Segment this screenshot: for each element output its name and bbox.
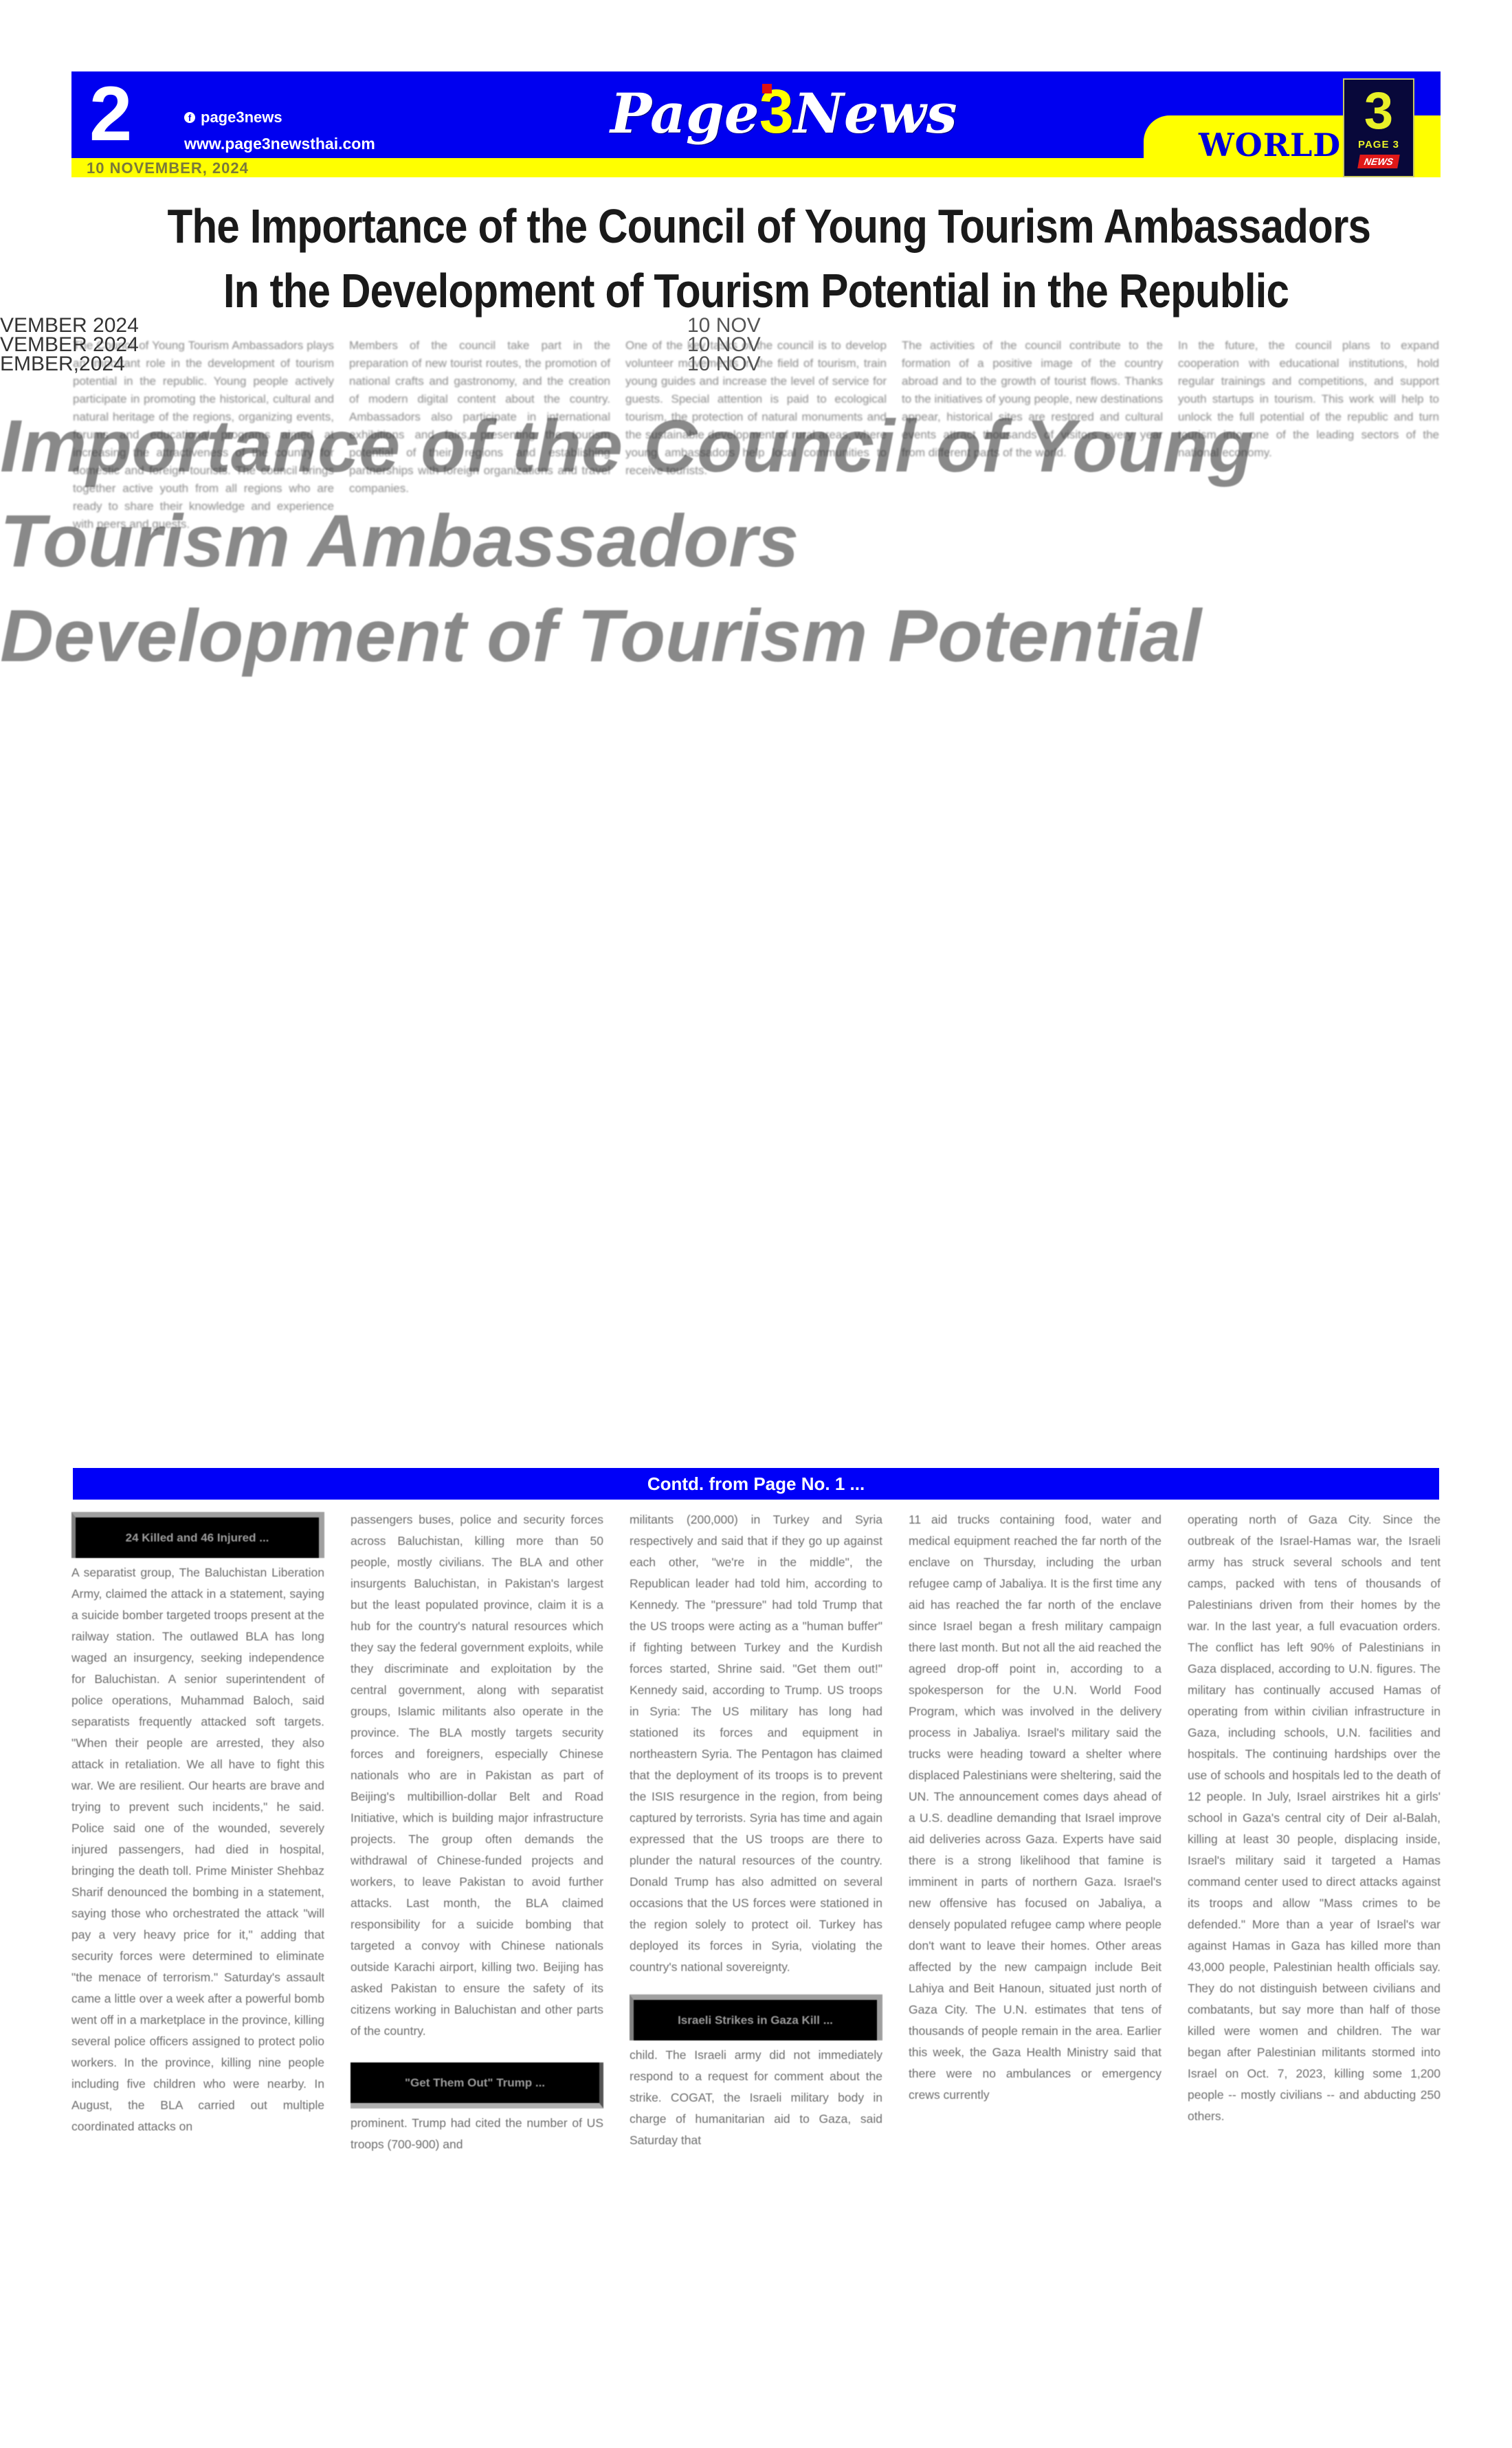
continued-articles: 24 Killed and 46 Injured ... A separatis… [71,1509,1441,2368]
issue-date: 10 NOVEMBER, 2024 [87,159,249,177]
newspaper-logo: Page 3 News [610,81,957,143]
ghost-date: 10 NOV [687,355,761,374]
headline-line-2: In the Development of Tourism Potential … [167,258,1344,323]
ghost-date-overlay-right: 10 NOV 10 NOV 10 NOV [687,316,761,374]
column-text: child. The Israeli army did not immediat… [630,2045,882,2151]
page3-badge-logo: 3 PAGE 3 NEWS [1343,78,1414,177]
section-label: WORLD [1199,126,1341,164]
headline-line-1: The Importance of the Council of Young T… [167,194,1344,258]
lower-column-1: 24 Killed and 46 Injured ... A separatis… [71,1509,324,2368]
ghost-date: VEMBER 2024 [0,316,139,335]
badge-news-label: NEWS [1357,155,1400,168]
facebook-icon: f [184,112,195,123]
column-text: 11 aid trucks containing food, water and… [909,1509,1161,2106]
badge-page-label: PAGE 3 [1358,139,1399,151]
column-text: A separatist group, The Baluchistan Libe… [71,1562,324,2137]
masthead: 2 f page3news www.page3newsthai.com 10 N… [71,71,1441,175]
lower-column-5: operating north of Gaza City. Since the … [1188,1509,1441,2368]
top-article-columns: The Council of Young Tourism Ambassadors… [69,337,1443,1409]
subheading-box: Israeli Strikes in Gaza Kill ... [630,1994,882,2040]
facebook-link[interactable]: f page3news [184,109,282,126]
continued-from-page-banner: Contd. from Page No. 1 ... [73,1468,1439,1500]
top-article-column-2: Members of the council take part in the … [349,337,610,1409]
website-link[interactable]: www.page3newsthai.com [184,135,375,153]
article-headline: The Importance of the Council of Young T… [167,194,1344,323]
logo-text-news: News [794,86,957,141]
lower-column-4: 11 aid trucks containing food, water and… [909,1509,1161,2368]
badge-number: 3 [1364,85,1393,137]
ghost-date-overlay-left: VEMBER 2024 VEMBER 2024 EMBER,2024 [0,316,139,374]
lower-column-2: passengers buses, police and security fo… [351,1509,603,2368]
facebook-handle: page3news [201,109,282,126]
column-text: prominent. Trump had cited the number of… [351,2113,603,2155]
top-article-column-3: One of the key tasks of the council is t… [625,337,887,1409]
logo-text-page: Page [610,86,759,141]
ghost-date: 10 NOV [687,335,761,355]
column-text: operating north of Gaza City. Since the … [1188,1509,1441,2127]
subheading-box: 24 Killed and 46 Injured ... [71,1512,324,1558]
column-text: militants (200,000) in Turkey and Syria … [630,1509,882,1978]
top-article: The Council of Young Tourism Ambassadors… [69,337,1443,1409]
top-article-column-4: The activities of the council contribute… [902,337,1163,1409]
column-text: passengers buses, police and security fo… [351,1509,603,2042]
top-article-column-5: In the future, the council plans to expa… [1178,337,1439,1409]
top-article-column-1: The Council of Young Tourism Ambassadors… [73,337,334,1409]
subheading-box: "Get Them Out" Trump ... [351,2062,603,2108]
page-number: 2 [89,76,132,153]
logo-number: 3 [759,81,794,143]
ghost-date: EMBER,2024 [0,355,139,374]
lower-column-3: militants (200,000) in Turkey and Syria … [630,1509,882,2368]
ghost-date: 10 NOV [687,316,761,335]
ghost-date: VEMBER 2024 [0,335,139,355]
